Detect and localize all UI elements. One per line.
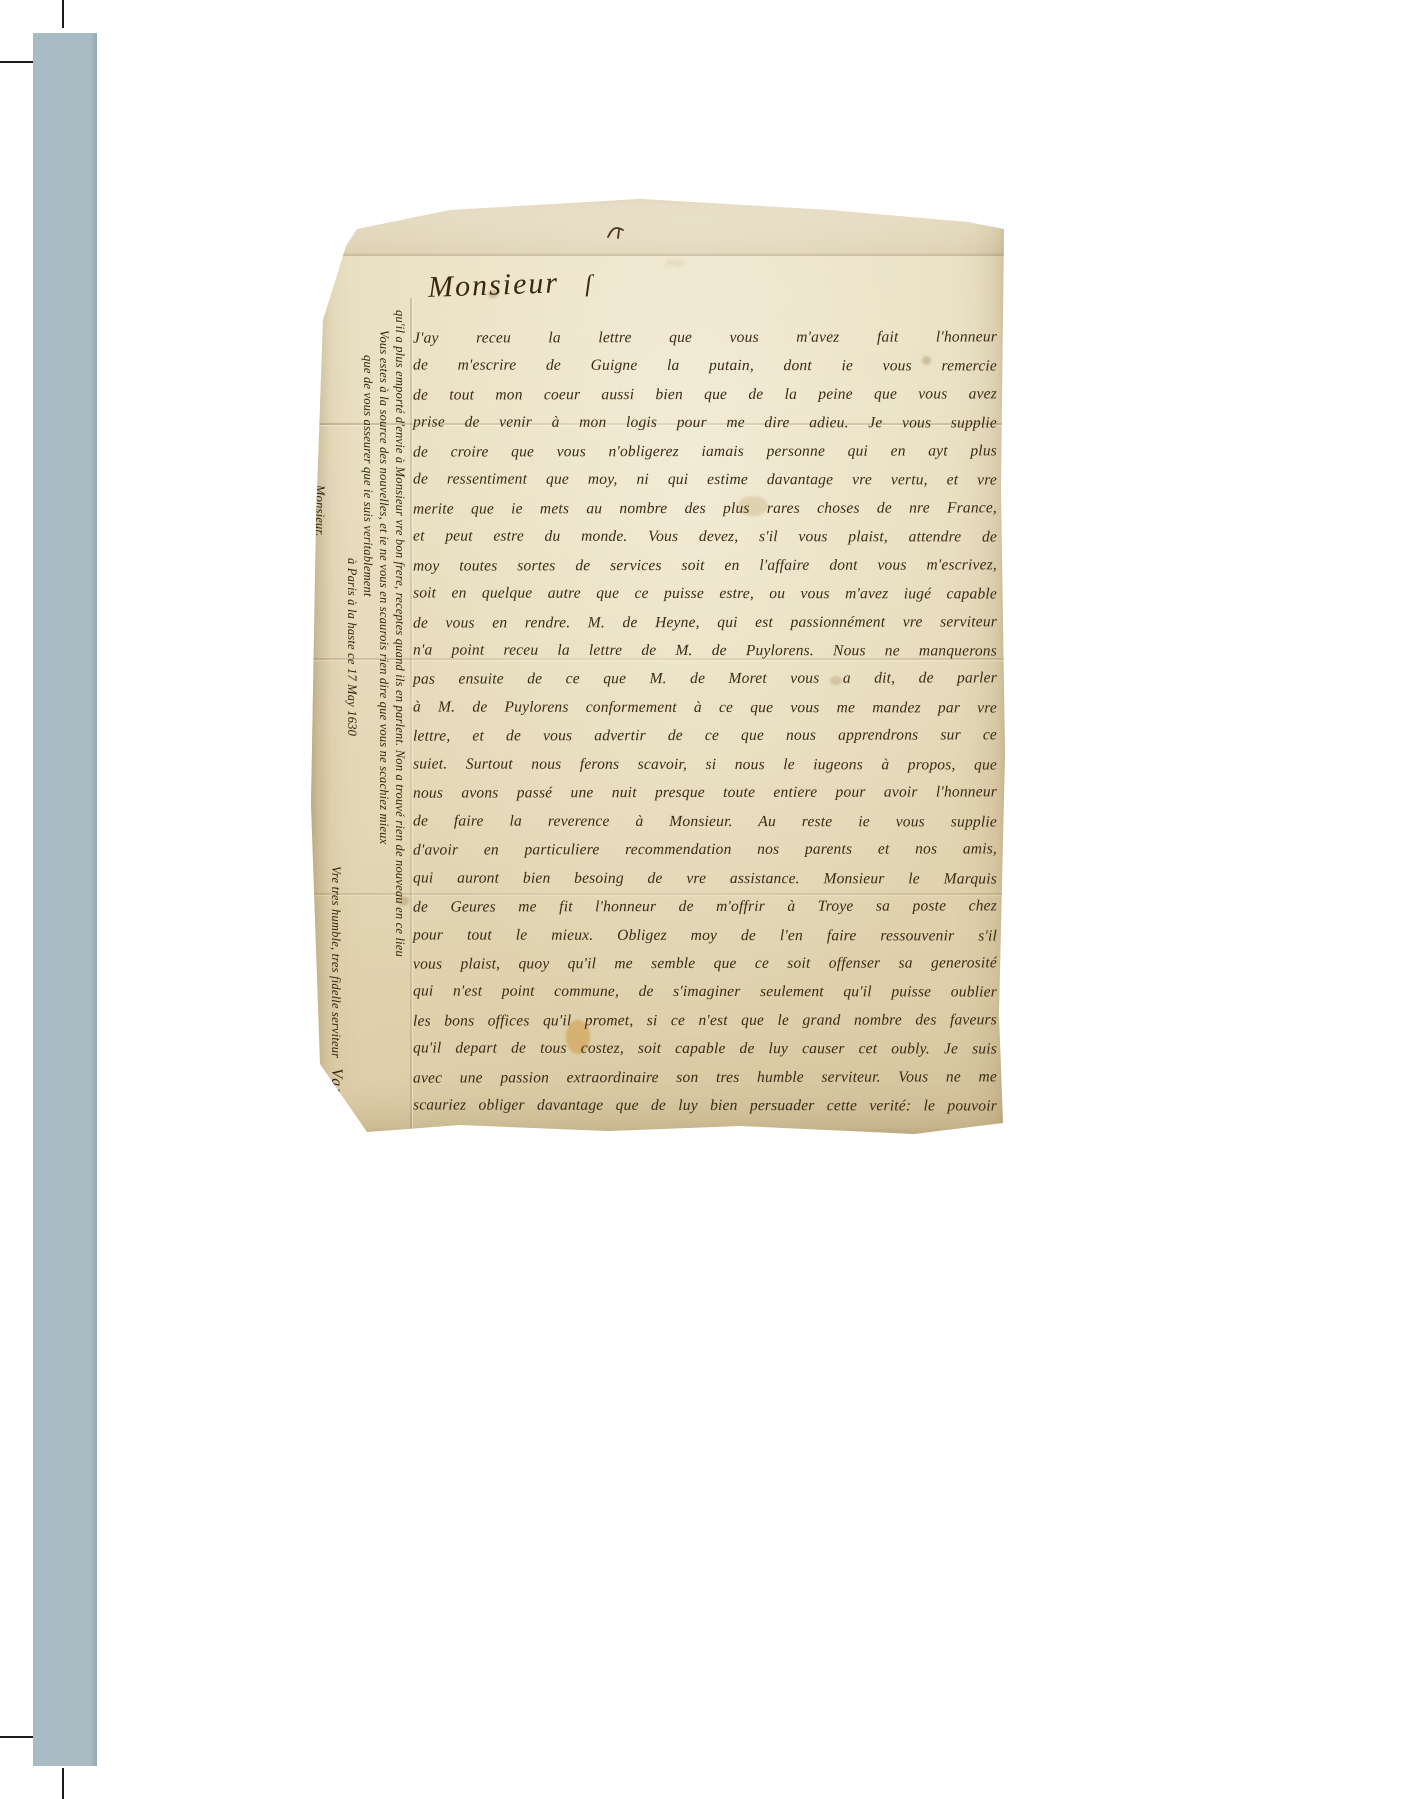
salutation-flourish: ſ bbox=[585, 271, 595, 297]
ink-squiggle-mark bbox=[606, 224, 626, 240]
letter-line: vous plaist, quoy qu'il me semble que ce… bbox=[413, 949, 997, 979]
crop-mark-top-horizontal bbox=[0, 61, 33, 63]
letter-line: et peut estre du monde. Vous devez, s'il… bbox=[413, 523, 997, 552]
salutation-text: Monsieur bbox=[427, 266, 559, 304]
letter-line: qu'il depart de tous costez, soit capabl… bbox=[413, 1035, 997, 1064]
crop-mark-bottom-vertical bbox=[62, 1768, 64, 1799]
letter-line: pour tout le mieux. Obligez moy de l'en … bbox=[413, 921, 997, 950]
faint-ink-smudge: ɲȧʂɛ bbox=[666, 256, 686, 268]
letter-line: d'avoir en particuliere recommendation n… bbox=[413, 836, 997, 866]
letter-line: de faire la reverence à Monsieur. Au res… bbox=[413, 807, 997, 836]
letter-line: qui auront bien besoing de vre assistanc… bbox=[413, 864, 997, 893]
book-page: ɲȧʂɛ Monsieurſ J'ay receu la lettre que … bbox=[0, 0, 1428, 1799]
letter-line: merite que ie mets au nombre des plus ra… bbox=[413, 494, 997, 524]
margin-line: Vous estes à la source des nouvelles, et… bbox=[376, 300, 392, 1115]
letter-line: les bons offices qu'il promet, si ce n'e… bbox=[413, 1006, 997, 1036]
letter-line: J'ay receu la lettre que vous m'avez fai… bbox=[413, 323, 997, 353]
fold-crease-vertical bbox=[410, 298, 412, 1130]
letter-line: suiet. Surtout nous ferons scavoir, si n… bbox=[413, 750, 997, 779]
letter-line: de Geures me fit l'honneur de m'offrir à… bbox=[413, 892, 997, 922]
letter-line: prise de venir à mon logis pour me dire … bbox=[413, 409, 997, 438]
signature-name: Vaugelas bbox=[328, 1068, 345, 1142]
letter-line: nous avons passé une nuit presque toute … bbox=[413, 779, 997, 809]
margin-line: qu'il a plus emporté d'envie à Monsieur … bbox=[392, 300, 408, 1115]
letter-line: de ressentiment que moy, ni qui estime d… bbox=[413, 466, 997, 495]
letter-body: J'ay receu la lettre que vous m'avez fai… bbox=[413, 324, 997, 1121]
top-fold bbox=[310, 198, 1005, 256]
letter-line: de m'escrire de Guigne la putain, dont i… bbox=[413, 352, 997, 381]
letter-line: pas ensuite de ce que M. de Moret vous a… bbox=[413, 665, 997, 695]
margin-band bbox=[33, 33, 97, 1766]
salutation: Monsieurſ bbox=[427, 265, 594, 305]
margin-signature-line: Vre tres humble, tres fidelle serviteurV… bbox=[328, 300, 344, 1115]
crop-mark-bottom-horizontal bbox=[0, 1736, 34, 1738]
margin-postscript: qu'il a plus emporté d'envie à Monsieur … bbox=[312, 300, 408, 1115]
crop-mark-top-vertical bbox=[62, 0, 64, 28]
manuscript-letter: ɲȧʂɛ Monsieurſ J'ay receu la lettre que … bbox=[310, 198, 1005, 1135]
letter-line: lettre, et de vous advertir de ce que no… bbox=[413, 722, 997, 752]
letter-line: à M. de Puylorens conformement à ce que … bbox=[413, 693, 997, 722]
letter-line: de vous en rendre. M. de Heyne, qui est … bbox=[413, 608, 997, 638]
letter-line: de tout mon coeur aussi bien que de la p… bbox=[413, 380, 997, 410]
signature-text: Vre tres humble, tres fidelle serviteur bbox=[329, 866, 343, 1058]
margin-line: que de vous asseurer que ie suis veritab… bbox=[360, 300, 376, 1115]
letter-line: scauriez obliger davantage que de luy bi… bbox=[413, 1092, 997, 1121]
letter-line: qui n'est point commune, de s'imaginer s… bbox=[413, 978, 997, 1007]
letter-line: de croire que vous n'obligerez iamais pe… bbox=[413, 437, 997, 467]
margin-closing: Monsieur. bbox=[312, 300, 328, 1115]
letter-line: n'a point receu la lettre de M. de Puylo… bbox=[413, 636, 997, 665]
letter-line: moy toutes sortes de services soit en l'… bbox=[413, 551, 997, 581]
letter-line: avec une passion extraordinaire son tres… bbox=[413, 1063, 997, 1093]
letter-line: soit en quelque autre que ce puisse estr… bbox=[413, 580, 997, 609]
margin-dateline: à Paris à la haste ce 17 May 1630 bbox=[344, 300, 360, 1115]
